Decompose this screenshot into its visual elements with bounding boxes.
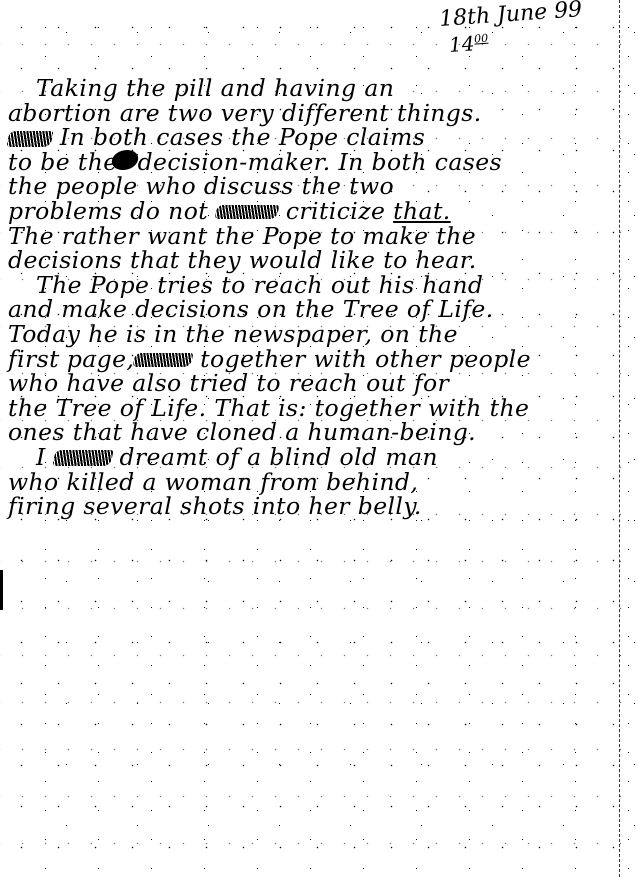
text-line: who killed a woman from behind,	[8, 470, 608, 495]
text-line: the Tree of Life. That is: together with…	[8, 396, 608, 421]
text-line: I dreamt of a blind old man	[8, 445, 608, 470]
text-line: The Pope tries to reach out his hand	[8, 273, 608, 298]
underlined-word: that.	[393, 197, 451, 225]
text-line: problems do not criticize that.	[8, 199, 608, 224]
text-line: In both cases the Pope claims	[8, 125, 608, 150]
text-line: ones that have cloned a human-being.	[8, 420, 608, 445]
text-line: to be thedecision-maker. In both cases	[8, 150, 608, 175]
text-line: Taking the pill and having an	[8, 76, 608, 101]
handwritten-body: Taking the pill and having an abortion a…	[8, 76, 608, 519]
text-line: abortion are two very different things.	[8, 101, 608, 126]
crossed-out-word	[214, 205, 279, 219]
text-line: who have also tried to reach out for	[8, 371, 608, 396]
scanned-page: 18th June 99 1400 Taking the pill and ha…	[0, 0, 638, 877]
text-line: The rather want the Pope to make the	[8, 224, 608, 249]
crossed-out-word	[133, 353, 194, 367]
date-heading: 18th June 99 1400	[439, 0, 585, 57]
page-edge-line	[619, 0, 620, 877]
crossed-out-word	[52, 450, 113, 466]
text-line: first page, together with other people	[8, 347, 608, 372]
crossed-out-word	[6, 131, 53, 147]
text-line: decisions that they would like to hear.	[8, 248, 608, 273]
text-line: and make decisions on the Tree of Life.	[8, 297, 608, 322]
text-line: firing several shots into her belly.	[8, 494, 608, 519]
text-line: Today he is in the newspaper, on the	[8, 322, 608, 347]
text-line: the people who discuss the two	[8, 174, 608, 199]
margin-mark	[0, 570, 3, 610]
